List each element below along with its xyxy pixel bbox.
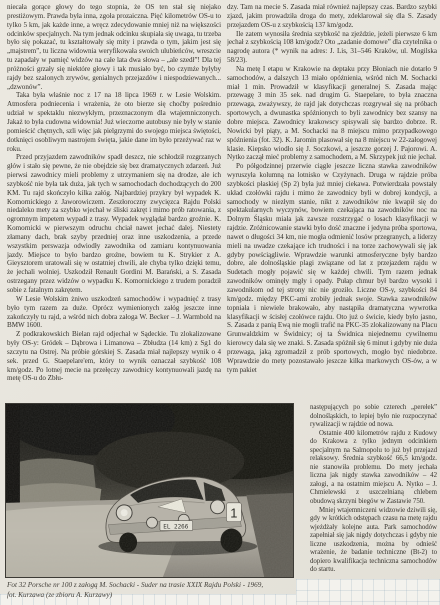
- paragraph: następujących po sobie czterech „perełek…: [310, 404, 437, 430]
- paragraph: dzy. Tam na mecie S. Zasada miał również…: [227, 3, 437, 30]
- caption-line2: fot. Kurzawa (ze zbioru A. Kurzawy): [7, 591, 112, 599]
- paragraph: Po półgodzinnej przerwie ciągle jeszcze …: [227, 162, 437, 374]
- right-column: dzy. Tam na mecie S. Zasada miał również…: [227, 3, 437, 403]
- paragraph: Na metę I etapu w Krakowie na deptaku pr…: [227, 65, 437, 162]
- paragraph: W Lesie Wolskim żniwo uszkodzeń samochod…: [7, 295, 221, 330]
- right-column-wrap: następujących po sobie czterech „perełek…: [310, 404, 437, 584]
- left-column: niecała gorące głowy do tego stopnia, że…: [7, 3, 221, 403]
- paragraph: Ile zatem wynosiła średnia szybkość na z…: [227, 30, 437, 65]
- rally-photo: EL 2266 1: [5, 403, 294, 578]
- book-page: niecała gorące głowy do tego stopnia, że…: [0, 0, 440, 605]
- porsche-photo-illustration: EL 2266 1: [6, 404, 293, 577]
- paragraph: niecała gorące głowy do tego stopnia, że…: [7, 3, 221, 91]
- paragraph: Ostatnie 400 kilometrów rajdu z Kudowy d…: [310, 430, 437, 507]
- paragraph: Taka była właśnie noc z 17 na 18 lipca 1…: [7, 91, 221, 153]
- paragraph: Z podkrakowskich Bielan rajd odjechał w …: [7, 330, 221, 383]
- photo-caption: Fot 32 Porsche nr 100 z załogą M. Sochac…: [7, 581, 352, 600]
- caption-line1: Fot 32 Porsche nr 100 z załogą M. Sochac…: [7, 581, 263, 589]
- paragraph: Mniej wtajemniczeni widzowie dziwili się…: [310, 507, 437, 575]
- paragraph: Przed przyjazdem zawodników spadł deszcz…: [7, 153, 221, 295]
- film-grain-overlay: [6, 404, 293, 577]
